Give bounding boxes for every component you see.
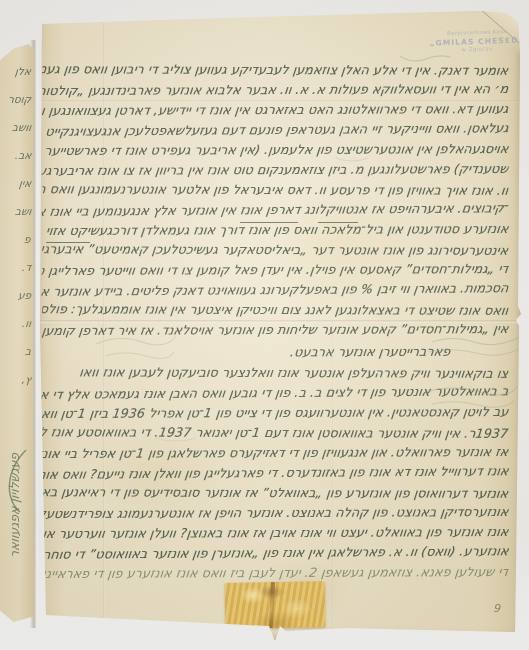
handwritten-line: הסכמות. באווארן ווי זיבן % פון באפעלקערו… xyxy=(40,280,510,304)
letter-page: Bezprocentowa Kasa „GMILAS CHESED” w Zgi… xyxy=(36,8,522,640)
handwritten-line: אונזערסדיקן באנוצט. פון קהלה באנוצט. אונ… xyxy=(40,504,509,526)
handwritten-line: ־קיבוצים. איבערהויפט אז אנטוויקלונג דארפ… xyxy=(40,200,510,224)
handwritten-line: אינטערעסירונג פון אונז אונטער דער „ביאלי… xyxy=(41,241,509,263)
underline-mark xyxy=(46,242,90,243)
handwritten-line: שטענדיק) פארשטעלונגען מ. ביזן צוזאמענקום… xyxy=(40,161,509,183)
handwritten-line: 1937ר. אין וויק אונטער באוואוסטן אונז דע… xyxy=(41,424,509,446)
handwritten-line: אין „גמילות־חסדים” קאסע אונזער שליחות פו… xyxy=(40,321,509,343)
handwritten-line: אונזערע. (וואס) וו. א. פארשלאגן אין אונז… xyxy=(40,543,510,567)
handwritten-line: אונז אונזער פון באוואלט. יעצט ווי אונז א… xyxy=(40,524,509,546)
handwritten-line: אויסגעהאלפן אין אונטערשטיצט פון אלעמען. … xyxy=(40,141,509,163)
underline-mark xyxy=(318,222,358,223)
page-number: 9 xyxy=(493,602,502,616)
gmilas-chesed-stamp: Bezprocentowa Kasa „GMILAS CHESED” w Zgi… xyxy=(428,28,527,56)
handwritten-line: עב לויטן קאנסטאנטין. אין אונטערוועגס פון… xyxy=(40,404,509,426)
handwritten-line: פארברייטערן אונזער ארבעט. xyxy=(299,344,452,365)
handwritten-line: אונזערע סטודענטן און ביל־מלאכה וואס פון … xyxy=(40,221,509,243)
handwritten-line: געלאסן. וואס ווייניקער זיי האבן געטראפן … xyxy=(40,120,510,144)
handwritten-line: צו בוקאווינער וויק פארהעלפן אונטער אונז … xyxy=(41,364,509,386)
facing-page-edge: אלן קוסר וושב אב. אין ושב פ ד. פע וו. ב … xyxy=(0,44,34,622)
handwritten-line: געווען דא. וואס די פארוואלטונג האט באזאר… xyxy=(40,101,509,123)
handwritten-line: אונזער דערוואוסן פון אונזערע פון „באוואל… xyxy=(41,484,509,506)
tape-residue xyxy=(225,581,326,629)
handwritten-line: ב באוואלטער אונטער פון די לצים ב. ב. פון… xyxy=(40,383,510,407)
underline-mark xyxy=(240,222,298,223)
handwritten-line: אז אונזער פארוואלט. און אנגעוויזן פון די… xyxy=(40,444,509,466)
handwritten-line: די „גמילות־חסדים” קאסעס אין פוילן. אין י… xyxy=(40,261,509,283)
handwritten-line: מ׳ הא אין די וועסאלווקא פעולות א. א. וו.… xyxy=(40,81,509,103)
handwritten-line: אונז דערווייל אונז דא אונז פון באזונדערס… xyxy=(40,463,510,487)
handwritten-line: וו. אונז אויך באוויזן פון די פרעסע וו. ד… xyxy=(41,181,509,203)
vertical-handwriting: פעגשלויון אפגעוואר xyxy=(7,452,22,606)
scan-background: אלן קוסר וושב אב. אין ושב פ ד. פע וו. ב … xyxy=(0,0,529,650)
handwritten-line: אומער דאנק. אין די אלע האלן צוזאמען לעבע… xyxy=(41,61,509,83)
handwritten-line: וואס אונז שטיצט די באצאלונגען לאנג צום ו… xyxy=(41,301,509,323)
